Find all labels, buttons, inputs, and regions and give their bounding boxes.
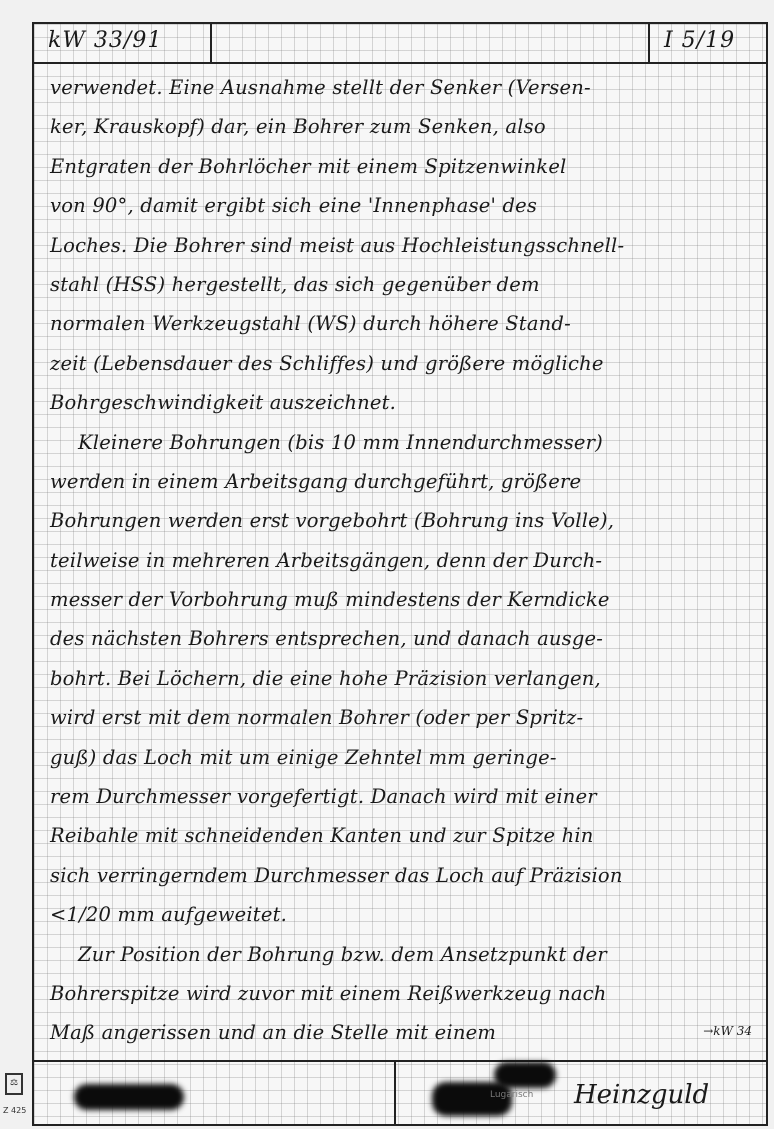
report-sheet: kW 33/91 I 5/19 verwendet. Eine Ausnahme…	[32, 22, 768, 1126]
text-line: messer der Vorbohrung muß mindestens der…	[50, 580, 754, 619]
text-line: verwendet. Eine Ausnahme stellt der Senk…	[50, 68, 754, 107]
text-line: bohrt. Bei Löchern, die eine hohe Präzis…	[50, 659, 754, 698]
redacted-name	[74, 1084, 184, 1110]
page-ref-cell: I 5/19	[648, 24, 766, 62]
text-line: Bohrerspitze wird zuvor mit einem Reißwe…	[50, 974, 754, 1013]
page-reference: I 5/19	[664, 28, 735, 53]
signature-footer: Lugarisch Heinzguld	[34, 1060, 766, 1124]
text-line: Reibahle mit schneidenden Kanten und zur…	[50, 816, 754, 855]
text-line: stahl (HSS) hergestellt, das sich gegenü…	[50, 265, 754, 304]
text-line: zeit (Lebensdauer des Schliffes) und grö…	[50, 344, 754, 383]
text-line: Bohrgeschwindigkeit auszeichnet.	[50, 383, 754, 422]
signature: Heinzguld	[574, 1080, 709, 1110]
redacted-stamp-top	[494, 1062, 556, 1088]
text-line: ker, Krauskopf) dar, ein Bohrer zum Senk…	[50, 107, 754, 146]
text-line: Entgraten der Bohrlöcher mit einem Spitz…	[50, 147, 754, 186]
text-line: sich verringerndem Durchmesser das Loch …	[50, 856, 754, 895]
text-line: Bohrungen werden erst vorgebohrt (Bohrun…	[50, 501, 754, 540]
text-line: guß) das Loch mit um einige Zehntel mm g…	[50, 738, 754, 777]
text-line: teilweise in mehreren Arbeitsgängen, den…	[50, 541, 754, 580]
text-line: Kleinere Bohrungen (bis 10 mm Innendurch…	[50, 423, 754, 462]
text-line: wird erst mit dem normalen Bohrer (oder …	[50, 698, 754, 737]
handwritten-body: verwendet. Eine Ausnahme stellt der Senk…	[50, 68, 754, 1053]
text-line: <1/20 mm aufgeweitet.	[50, 895, 754, 934]
continuation-marker: →kW 34	[703, 1024, 752, 1038]
text-line: Loches. Die Bohrer sind meist aus Hochle…	[50, 226, 754, 265]
sheet-header: kW 33/91 I 5/19	[34, 24, 766, 64]
text-line: werden in einem Arbeitsgang durchgeführt…	[50, 462, 754, 501]
text-line: normalen Werkzeugstahl (WS) durch höhere…	[50, 304, 754, 343]
form-publisher-logo-icon: ⚖	[5, 1073, 23, 1095]
week-cell: kW 33/91	[34, 24, 212, 62]
text-line: rem Durchmesser vorgefertigt. Danach wir…	[50, 777, 754, 816]
footer-divider	[394, 1062, 396, 1124]
text-line: Maß angerissen und an die Stelle mit ein…	[50, 1013, 754, 1052]
calendar-week: kW 33/91	[48, 28, 162, 53]
text-line: von 90°, damit ergibt sich eine 'Innenph…	[50, 186, 754, 225]
stamp-text: Lugarisch	[490, 1090, 533, 1100]
text-line: Zur Position der Bohrung bzw. dem Ansetz…	[50, 935, 754, 974]
text-line: des nächsten Bohrers entsprechen, und da…	[50, 619, 754, 658]
form-code: Z 425	[3, 1106, 26, 1115]
